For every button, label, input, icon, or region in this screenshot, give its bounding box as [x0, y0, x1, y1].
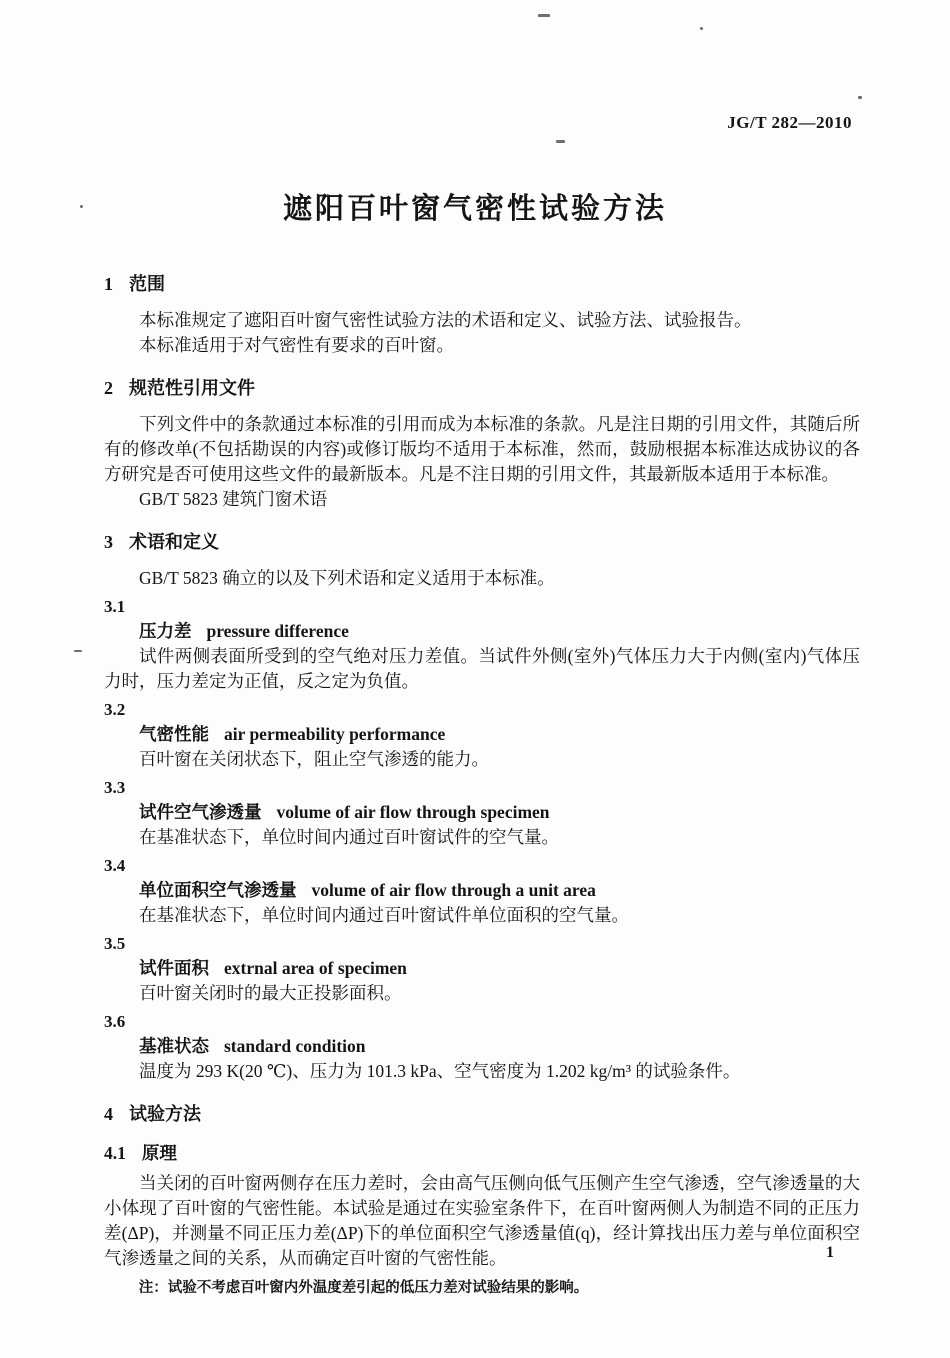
document-body: 1范围 本标准规定了遮阳百叶窗气密性试验方法的术语和定义、试验方法、试验报告。 …: [104, 272, 860, 1301]
section-heading-scope: 1范围: [104, 272, 860, 297]
page-title: 遮阳百叶窗气密性试验方法: [0, 186, 950, 227]
term-en: standard condition: [224, 1036, 366, 1056]
term-entry: 试件面积extrnal area of specimen: [104, 956, 860, 981]
clause-number: 3.4: [104, 853, 860, 878]
term-en: volume of air flow through specimen: [277, 802, 550, 822]
section-heading-terms: 3术语和定义: [104, 530, 860, 555]
scan-speck: [80, 205, 83, 208]
doc-number: JG/T 282—2010: [727, 113, 852, 133]
term-entry: 单位面积空气渗透量volume of air flow through a un…: [104, 878, 860, 903]
section-number: 4: [104, 1104, 113, 1124]
document-page: JG/T 282—2010 遮阳百叶窗气密性试验方法 1范围 本标准规定了遮阳百…: [0, 0, 950, 1358]
section-number: 3: [104, 532, 113, 552]
term-en: volume of air flow through a unit area: [312, 880, 596, 900]
section-title: 术语和定义: [129, 532, 219, 552]
term-definition: 温度为 293 K(20 ℃)、压力为 101.3 kPa、空气密度为 1.20…: [104, 1059, 860, 1084]
section-title: 范围: [129, 274, 165, 294]
term-en: air permeability performance: [224, 724, 445, 744]
term-zh: 试件面积: [139, 958, 209, 978]
term-definition: 试件两侧表面所受到的空气绝对压力差值。当试件外侧(室外)气体压力大于内侧(室内)…: [104, 644, 860, 694]
normative-paragraph: 下列文件中的条款通过本标准的引用而成为本标准的条款。凡是注日期的引用文件，其随后…: [104, 412, 860, 487]
term-en: extrnal area of specimen: [224, 958, 407, 978]
section-heading-method: 4试验方法: [104, 1102, 860, 1127]
scan-speck: [74, 650, 82, 652]
scan-speck: [700, 27, 703, 30]
clause-number: 3.2: [104, 697, 860, 722]
method-paragraph: 当关闭的百叶窗两侧存在压力差时，会由高气压侧向低气压侧产生空气渗透，空气渗透量的…: [104, 1171, 860, 1271]
scope-paragraph-1: 本标准规定了遮阳百叶窗气密性试验方法的术语和定义、试验方法、试验报告。: [104, 308, 860, 333]
term-definition: 在基准状态下，单位时间内通过百叶窗试件的空气量。: [104, 825, 860, 850]
term-zh: 单位面积空气渗透量: [139, 880, 297, 900]
section-heading-normative: 2规范性引用文件: [104, 376, 860, 401]
term-entry: 气密性能air permeability performance: [104, 722, 860, 747]
subsection-title: 原理: [142, 1143, 177, 1163]
scan-speck: [556, 140, 565, 143]
clause-number: 3.1: [104, 594, 860, 619]
term-zh: 基准状态: [139, 1036, 209, 1056]
section-title: 试验方法: [129, 1104, 201, 1124]
normative-reference: GB/T 5823 建筑门窗术语: [104, 487, 860, 512]
scan-speck: [858, 96, 862, 99]
method-note: 注：试验不考虑百叶窗内外温度差引起的低压力差对试验结果的影响。: [104, 1276, 860, 1301]
term-entry: 基准状态standard condition: [104, 1034, 860, 1059]
terms-intro: GB/T 5823 确立的以及下列术语和定义适用于本标准。: [104, 566, 860, 591]
term-definition: 在基准状态下，单位时间内通过百叶窗试件单位面积的空气量。: [104, 903, 860, 928]
clause-number: 3.6: [104, 1009, 860, 1034]
clause-number: 3.3: [104, 775, 860, 800]
term-definition: 百叶窗在关闭状态下，阻止空气渗透的能力。: [104, 747, 860, 772]
page-number: 1: [826, 1244, 834, 1262]
section-title: 规范性引用文件: [129, 378, 255, 398]
section-number: 1: [104, 274, 113, 294]
term-zh: 压力差: [139, 621, 192, 641]
scan-speck: [538, 14, 550, 17]
subsection-number: 4.1: [104, 1143, 126, 1163]
subsection-heading-principle: 4.1原理: [104, 1141, 860, 1166]
clause-number: 3.5: [104, 931, 860, 956]
scope-paragraph-2: 本标准适用于对气密性有要求的百叶窗。: [104, 333, 860, 358]
term-entry: 试件空气渗透量volume of air flow through specim…: [104, 800, 860, 825]
term-entry: 压力差pressure difference: [104, 619, 860, 644]
term-definition: 百叶窗关闭时的最大正投影面积。: [104, 981, 860, 1006]
term-zh: 气密性能: [139, 724, 209, 744]
term-zh: 试件空气渗透量: [139, 802, 262, 822]
term-en: pressure difference: [207, 621, 349, 641]
section-number: 2: [104, 378, 113, 398]
